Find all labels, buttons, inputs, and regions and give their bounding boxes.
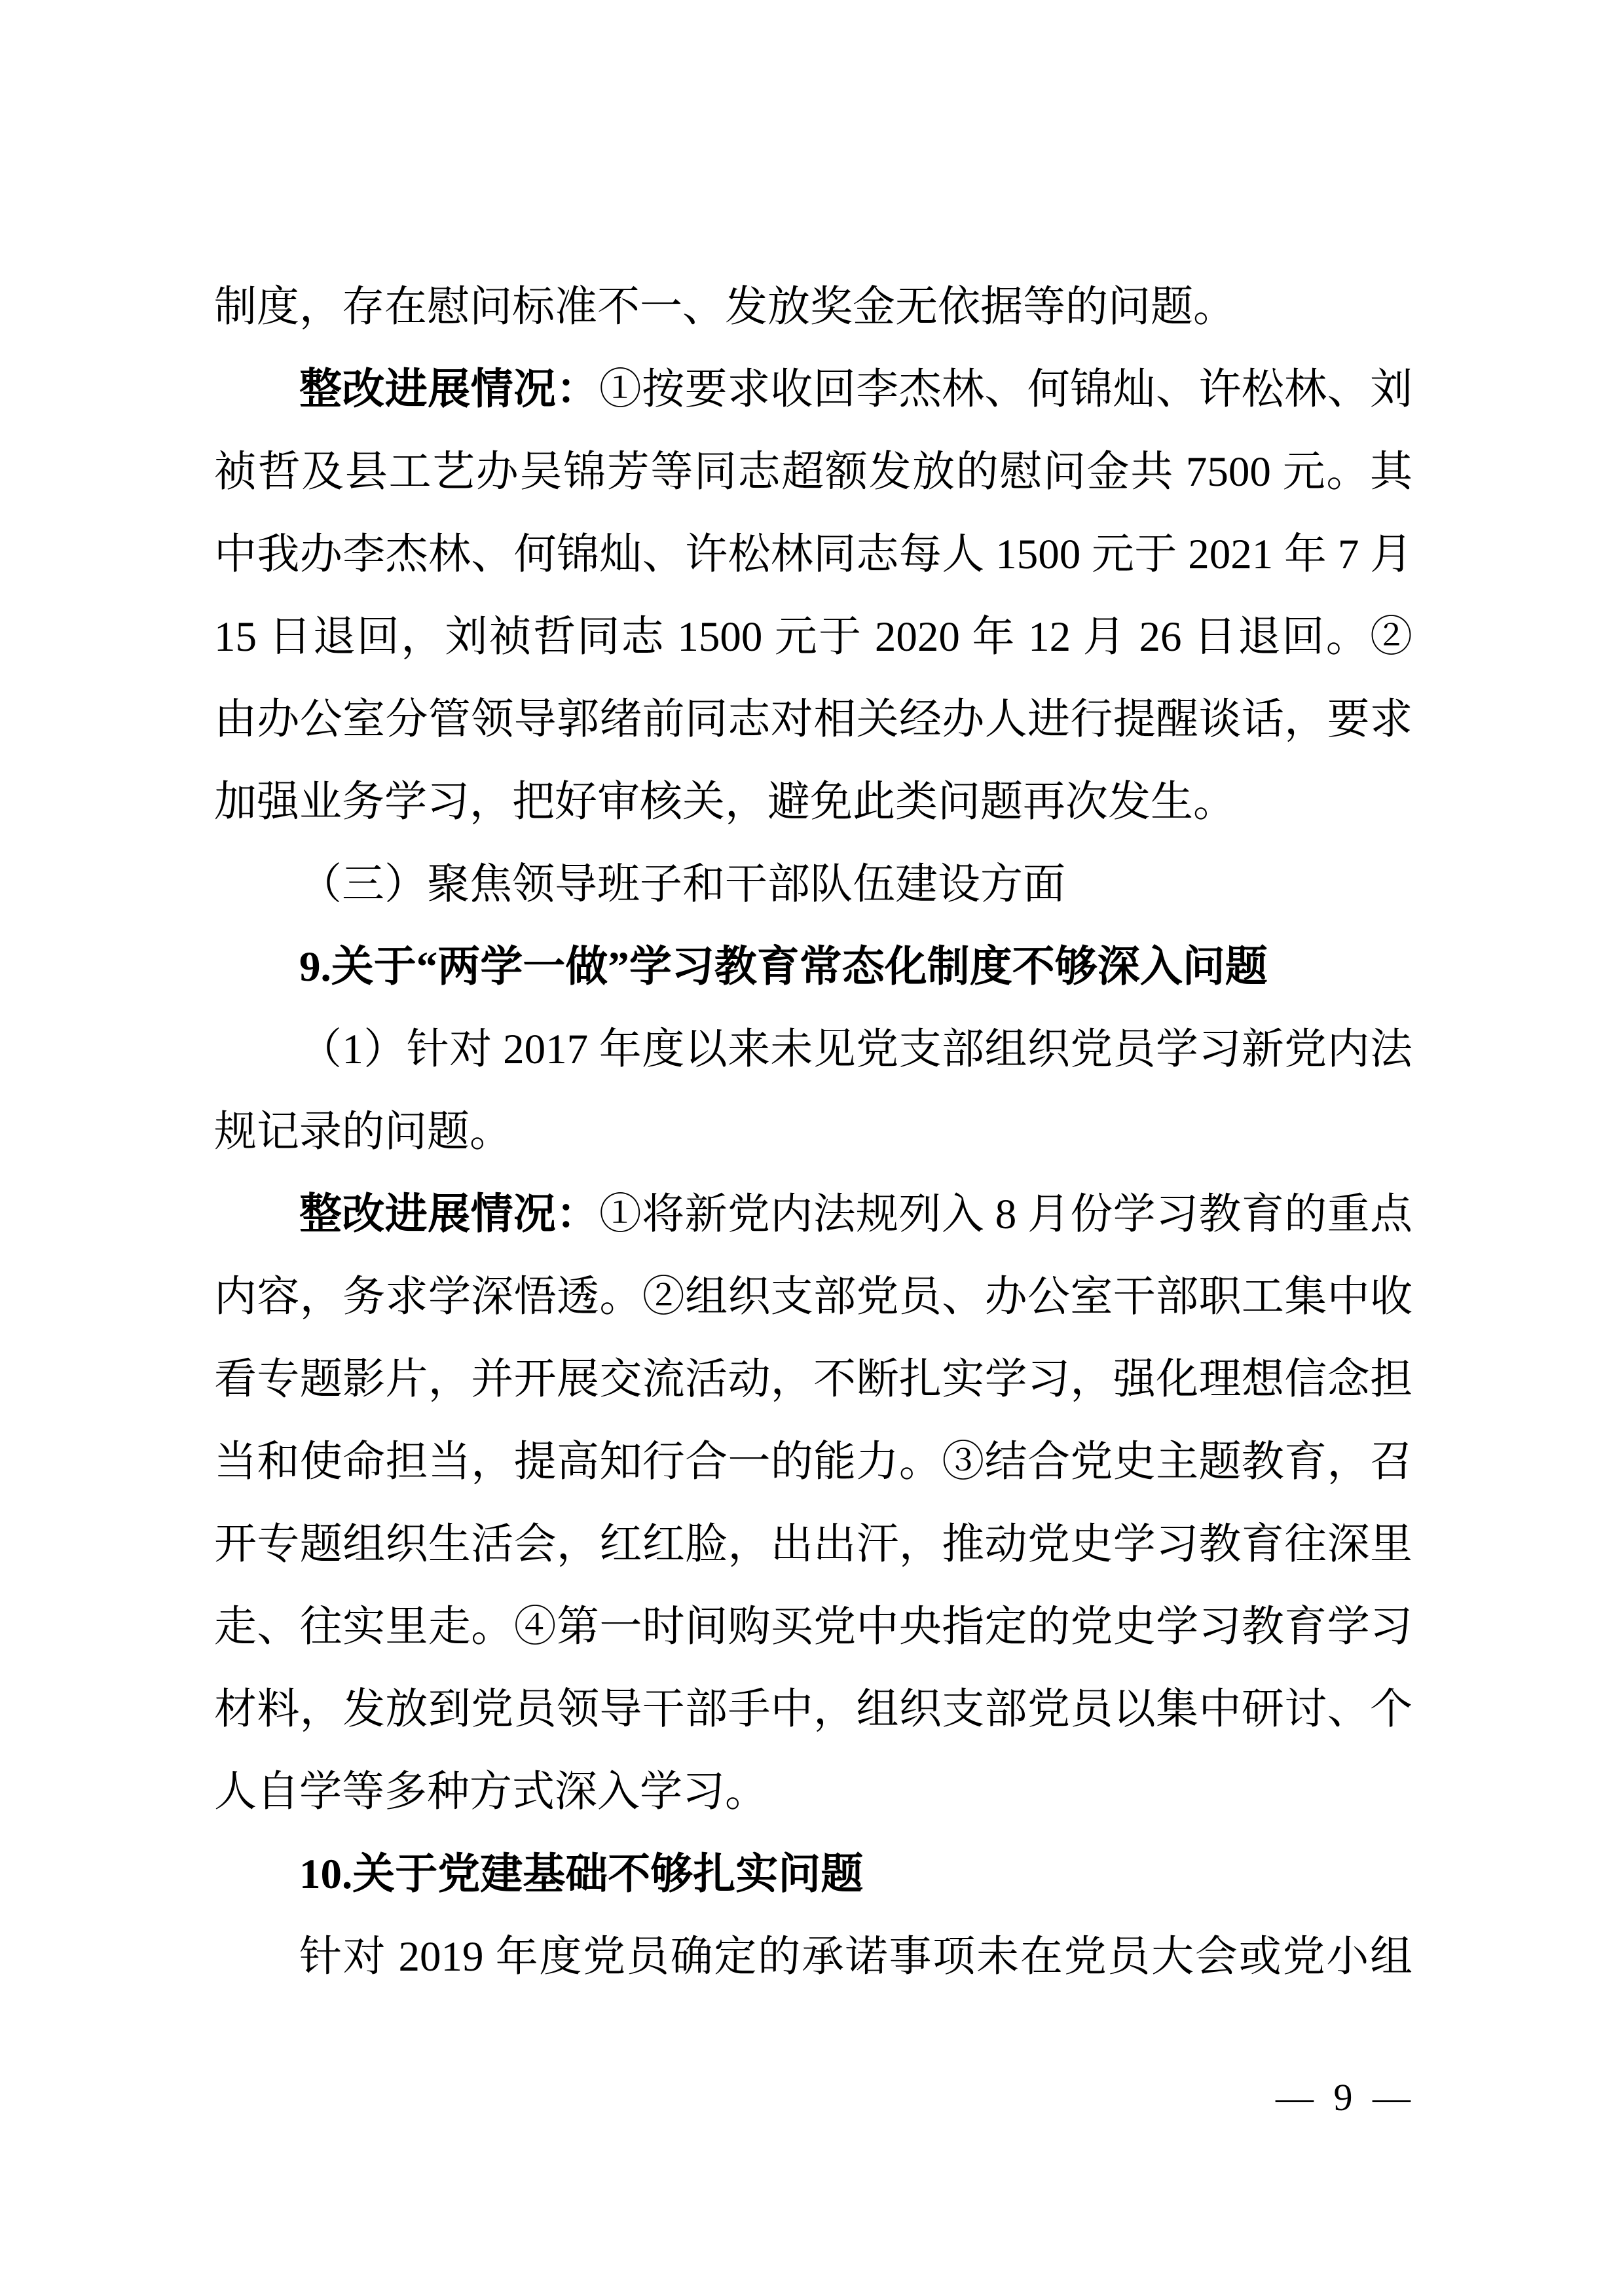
text-line: 材料，发放到党员领导干部手中，组织支部党员以集中研讨、个 xyxy=(214,1668,1412,1751)
text-run: 针对 2019 年度党员确定的承诺事项未在党员大会或党小组 xyxy=(299,1933,1412,1980)
text-line: 9.关于“两学一做”学习教育常态化制度不够深入问题 xyxy=(214,926,1412,1008)
document-body: 制度，存在慰问标准不一、发放奖金无依据等的问题。整改进展情况：①按要求收回李杰林… xyxy=(214,266,1412,1998)
text-run: 加强业务学习，把好审核关，避免此类问题再次发生。 xyxy=(214,778,1236,826)
text-line: 人自学等多种方式深入学习。 xyxy=(214,1751,1412,1833)
bold-run: 整改进展情况： xyxy=(299,1191,599,1238)
text-run: 内容，务求学深悟透。②组织支部党员、办公室干部职工集中收 xyxy=(214,1273,1412,1321)
text-run: 祯哲及县工艺办吴锦芳等同志超额发放的慰问金共 7500 元。其 xyxy=(214,448,1412,496)
text-run: ①将新党内法规列入 8 月份学习教育的重点 xyxy=(599,1191,1412,1238)
text-run: 由办公室分管领导郭绪前同志对相关经办人进行提醒谈话，要求 xyxy=(214,696,1412,743)
text-run: 开专题组织生活会，红红脸，出出汗，推动党史学习教育往深里 xyxy=(214,1521,1412,1568)
text-line: 当和使命担当，提高知行合一的能力。③结合党史主题教育，召 xyxy=(214,1421,1412,1503)
text-line: （三）聚焦领导班子和干部队伍建设方面 xyxy=(214,843,1412,926)
text-line: 加强业务学习，把好审核关，避免此类问题再次发生。 xyxy=(214,761,1412,843)
text-line: 规记录的问题。 xyxy=(214,1091,1412,1173)
text-run: （三）聚焦领导班子和干部队伍建设方面 xyxy=(299,861,1065,908)
text-line: 中我办李杰林、何锦灿、许松林同志每人 1500 元于 2021 年 7 月 xyxy=(214,513,1412,596)
text-run: 看专题影片，并开展交流活动，不断扎实学习，强化理想信念担 xyxy=(214,1356,1412,1403)
text-line: 15 日退回，刘祯哲同志 1500 元于 2020 年 12 月 26 日退回。… xyxy=(214,596,1412,678)
document-page: 制度，存在慰问标准不一、发放奖金无依据等的问题。整改进展情况：①按要求收回李杰林… xyxy=(0,0,1624,2296)
text-line: 由办公室分管领导郭绪前同志对相关经办人进行提醒谈话，要求 xyxy=(214,678,1412,761)
text-run: 9.关于“两学一做”学习教育常态化制度不够深入问题 xyxy=(299,943,1268,991)
text-line: 10.关于党建基础不够扎实问题 xyxy=(214,1833,1412,1916)
text-run: 中我办李杰林、何锦灿、许松林同志每人 1500 元于 2021 年 7 月 xyxy=(214,531,1412,578)
text-run: 材料，发放到党员领导干部手中，组织支部党员以集中研讨、个 xyxy=(214,1686,1412,1733)
text-line: 走、往实里走。④第一时间购买党中央指定的党史学习教育学习 xyxy=(214,1586,1412,1668)
text-line: 制度，存在慰问标准不一、发放奖金无依据等的问题。 xyxy=(214,266,1412,348)
text-run: 15 日退回，刘祯哲同志 1500 元于 2020 年 12 月 26 日退回。… xyxy=(214,613,1412,661)
text-run: 当和使命担当，提高知行合一的能力。③结合党史主题教育，召 xyxy=(214,1438,1412,1485)
text-line: 内容，务求学深悟透。②组织支部党员、办公室干部职工集中收 xyxy=(214,1256,1412,1338)
text-line: 针对 2019 年度党员确定的承诺事项未在党员大会或党小组 xyxy=(214,1916,1412,1998)
text-run: （1）针对 2017 年度以来未见党支部组织党员学习新党内法 xyxy=(299,1026,1412,1073)
bold-run: 整改进展情况： xyxy=(299,366,599,413)
text-line: 看专题影片，并开展交流活动，不断扎实学习，强化理想信念担 xyxy=(214,1338,1412,1421)
text-line: 祯哲及县工艺办吴锦芳等同志超额发放的慰问金共 7500 元。其 xyxy=(214,431,1412,513)
page-number: — 9 — xyxy=(1276,2074,1416,2121)
text-run: 人自学等多种方式深入学习。 xyxy=(214,1768,767,1815)
text-run: ①按要求收回李杰林、何锦灿、许松林、刘 xyxy=(599,366,1412,413)
text-run: 10.关于党建基础不够扎实问题 xyxy=(299,1851,863,1898)
text-run: 制度，存在慰问标准不一、发放奖金无依据等的问题。 xyxy=(214,283,1236,331)
text-line: 整改进展情况：①按要求收回李杰林、何锦灿、许松林、刘 xyxy=(214,348,1412,431)
text-line: 开专题组织生活会，红红脸，出出汗，推动党史学习教育往深里 xyxy=(214,1503,1412,1586)
text-line: （1）针对 2017 年度以来未见党支部组织党员学习新党内法 xyxy=(214,1008,1412,1091)
text-line: 整改进展情况：①将新党内法规列入 8 月份学习教育的重点 xyxy=(214,1173,1412,1256)
text-run: 规记录的问题。 xyxy=(214,1108,512,1156)
text-run: 走、往实里走。④第一时间购买党中央指定的党史学习教育学习 xyxy=(214,1603,1412,1650)
